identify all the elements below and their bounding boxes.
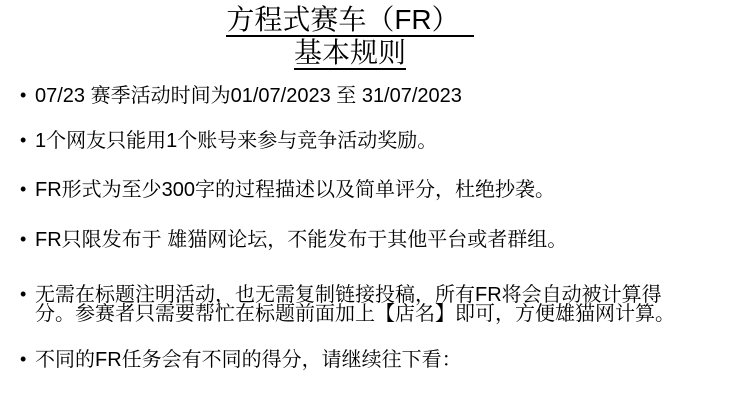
bullet-icon: • — [20, 285, 26, 304]
slide-title-line2: 基本规则 — [294, 37, 406, 70]
bullet-text: 无需在标题注明活动，也无需复制链接投稿，所有FR将会自动被计算得 分。参赛者只需… — [35, 286, 726, 324]
bullet-icon: • — [20, 230, 26, 249]
bullet-icon: • — [20, 131, 26, 150]
slide-title-line1: 方程式赛车（FR） — [226, 4, 473, 37]
bullet-text: FR只限发布于 雄猫网论坛，不能发布于其他平台或者群组。 — [35, 231, 726, 250]
bullet-item-season-dates: • 07/23 赛季活动时间为01/07/2023 至 31/07/2023 — [20, 87, 726, 106]
bullet-text: 不同的FR任务会有不同的得分，请继续往下看： — [35, 351, 726, 370]
bullet-text: 1个网友只能用1个账号来参与竞争活动奖励。 — [35, 132, 726, 151]
bullet-item-one-account: • 1个网友只能用1个账号来参与竞争活动奖励。 — [20, 132, 726, 151]
slide-title-row2: 基本规则 — [0, 37, 700, 70]
bullet-icon: • — [20, 86, 26, 105]
bullet-icon: • — [20, 180, 26, 199]
slide-title: 方程式赛车（FR） 基本规则 — [0, 4, 700, 70]
slide-canvas: 方程式赛车（FR） 基本规则 • 07/23 赛季活动时间为01/07/2023… — [0, 0, 742, 414]
slide-title-row1: 方程式赛车（FR） — [0, 4, 700, 37]
bullet-icon: • — [20, 350, 26, 369]
bullet-text: 07/23 赛季活动时间为01/07/2023 至 31/07/2023 — [35, 87, 726, 106]
bullet-item-scoring-note: • 不同的FR任务会有不同的得分，请继续往下看： — [20, 351, 726, 370]
bullet-item-forum-only: • FR只限发布于 雄猫网论坛，不能发布于其他平台或者群组。 — [20, 231, 726, 250]
bullet-item-fr-format: • FR形式为至少300字的过程描述以及简单评分，杜绝抄袭。 — [20, 181, 726, 200]
bullet-text: FR形式为至少300字的过程描述以及简单评分，杜绝抄袭。 — [35, 181, 726, 200]
bullet-item-no-tagging-needed: • 无需在标题注明活动，也无需复制链接投稿，所有FR将会自动被计算得 分。参赛者… — [20, 286, 726, 324]
